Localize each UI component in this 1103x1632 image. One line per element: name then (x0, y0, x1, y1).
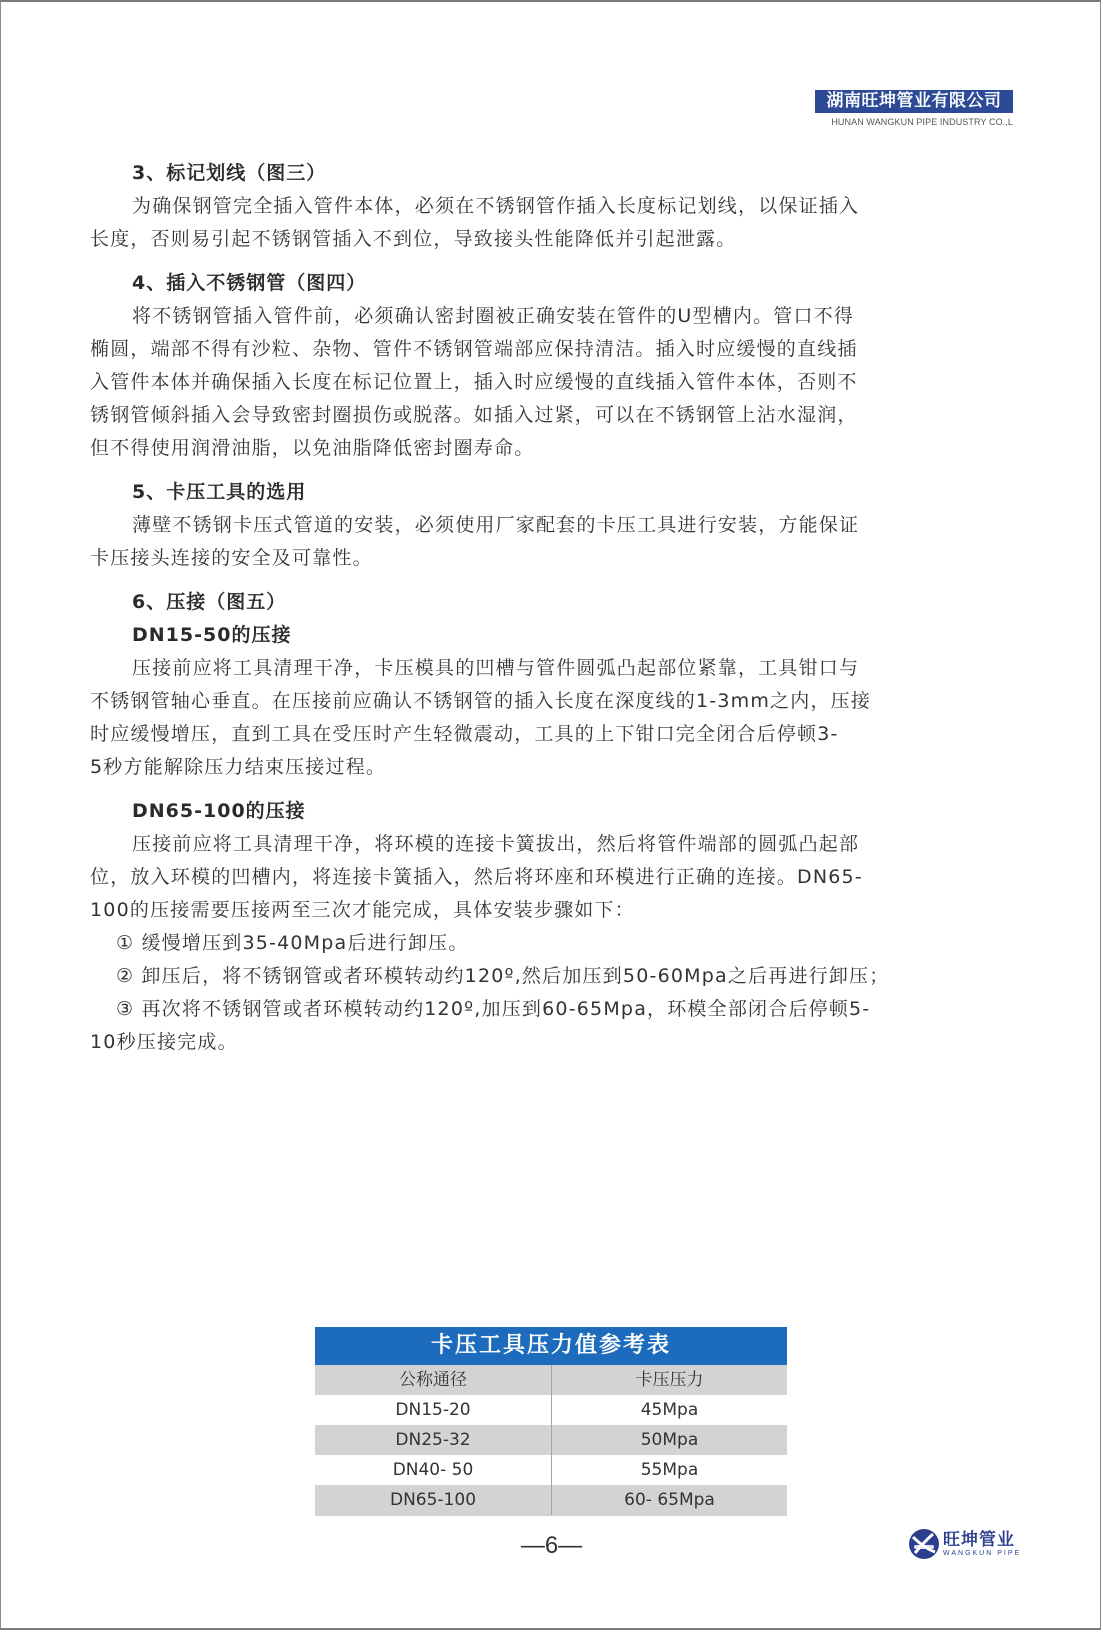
table-cell: DN65-100 (315, 1485, 552, 1515)
logo-text-en: WANGKUN PIPE (943, 1549, 1021, 1558)
paragraph-line: 10秒压接完成。 (90, 1026, 1014, 1059)
paragraph-line: 100的压接需要压接两至三次才能完成，具体安装步骤如下： (90, 894, 1014, 927)
column-header-nominal-diameter: 公称通径 (315, 1365, 552, 1395)
table-row: DN40- 50 55Mpa (315, 1455, 787, 1485)
section-4-heading: 4、插入不锈钢管（图四） (90, 267, 1014, 300)
logo-text-cn: 旺坤管业 (943, 1531, 1021, 1549)
paragraph-line: 不锈钢管轴心垂直。在压接前应确认不锈钢管的插入长度在深度线的1-3mm之内，压接 (90, 685, 1014, 718)
wangkun-logo-icon (908, 1528, 940, 1560)
table-bottom-border (315, 1515, 787, 1516)
paragraph-line: 位，放入环模的凹槽内，将连接卡簧插入，然后将环座和环模进行正确的连接。DN65- (90, 861, 1014, 894)
table-cell: 45Mpa (552, 1395, 787, 1425)
paragraph-line: 为确保钢管完全插入管件本体，必须在不锈钢管作插入长度标记划线，以保证插入 (90, 190, 1014, 223)
table-cell: DN40- 50 (315, 1455, 552, 1485)
footer-logo: 旺坤管业 WANGKUN PIPE (908, 1528, 1021, 1560)
table-cell: DN15-20 (315, 1395, 552, 1425)
table-cell: DN25-32 (315, 1425, 552, 1455)
table-cell: 55Mpa (552, 1455, 787, 1485)
section-3-heading: 3、标记划线（图三） (90, 157, 1014, 190)
company-name-en: HUNAN WANGKUN PIPE INDUSTRY CO.,L (815, 117, 1013, 127)
table-cell: 60- 65Mpa (552, 1485, 787, 1515)
company-name-cn: 湖南旺坤管业有限公司 (815, 90, 1013, 113)
table-row: DN15-20 45Mpa (315, 1395, 787, 1425)
pressure-reference-table: 卡压工具压力值参考表 公称通径 卡压压力 DN15-20 45Mpa DN25-… (315, 1327, 787, 1516)
section-5-heading: 5、卡压工具的选用 (90, 476, 1014, 509)
step-1: ① 缓慢增压到35-40Mpa后进行卸压。 (90, 927, 1014, 960)
step-2: ② 卸压后，将不锈钢管或者环模转动约120º,然后加压到50-60Mpa之后再进… (90, 960, 1014, 993)
paragraph-line: 椭圆，端部不得有沙粒、杂物、管件不锈钢管端部应保持清洁。插入时应缓慢的直线插 (90, 333, 1014, 366)
company-header: 湖南旺坤管业有限公司 HUNAN WANGKUN PIPE INDUSTRY C… (815, 90, 1013, 127)
document-body: 3、标记划线（图三） 为确保钢管完全插入管件本体，必须在不锈钢管作插入长度标记划… (90, 157, 1014, 1059)
step-3: ③ 再次将不锈钢管或者环模转动约120º,加压到60-65Mpa，环模全部闭合后… (90, 993, 1014, 1026)
subsection-dn65-100-heading: DN65-100的压接 (90, 795, 1014, 828)
section-6-heading: 6、压接（图五） (90, 586, 1014, 619)
paragraph-line: 压接前应将工具清理干净，将环模的连接卡簧拔出，然后将管件端部的圆弧凸起部 (90, 828, 1014, 861)
paragraph-line: 将不锈钢管插入管件前，必须确认密封圈被正确安装在管件的U型槽内。管口不得 (90, 300, 1014, 333)
paragraph-line: 卡压接头连接的安全及可靠性。 (90, 542, 1014, 575)
paragraph-line: 长度，否则易引起不锈钢管插入不到位，导致接头性能降低并引起泄露。 (90, 223, 1014, 256)
table-row: DN65-100 60- 65Mpa (315, 1485, 787, 1515)
paragraph-line: 时应缓慢增压，直到工具在受压时产生轻微震动，工具的上下钳口完全闭合后停顿3- (90, 718, 1014, 751)
paragraph-line: 但不得使用润滑油脂，以免油脂降低密封圈寿命。 (90, 432, 1014, 465)
paragraph-line: 入管件本体并确保插入长度在标记位置上，插入时应缓慢的直线插入管件本体，否则不 (90, 366, 1014, 399)
subsection-dn15-50-heading: DN15-50的压接 (90, 619, 1014, 652)
paragraph-line: 锈钢管倾斜插入会导致密封圈损伤或脱落。如插入过紧，可以在不锈钢管上沾水湿润， (90, 399, 1014, 432)
paragraph-line: 薄壁不锈钢卡压式管道的安装，必须使用厂家配套的卡压工具进行安装，方能保证 (90, 509, 1014, 542)
table-title: 卡压工具压力值参考表 (315, 1327, 787, 1365)
table-cell: 50Mpa (552, 1425, 787, 1455)
table-row: DN25-32 50Mpa (315, 1425, 787, 1455)
paragraph-line: 5秒方能解除压力结束压接过程。 (90, 751, 1014, 784)
column-header-pressure: 卡压压力 (552, 1365, 787, 1395)
logo-text: 旺坤管业 WANGKUN PIPE (943, 1531, 1021, 1558)
table-header-row: 公称通径 卡压压力 (315, 1365, 787, 1395)
paragraph-line: 压接前应将工具清理干净，卡压模具的凹槽与管件圆弧凸起部位紧靠，工具钳口与 (90, 652, 1014, 685)
